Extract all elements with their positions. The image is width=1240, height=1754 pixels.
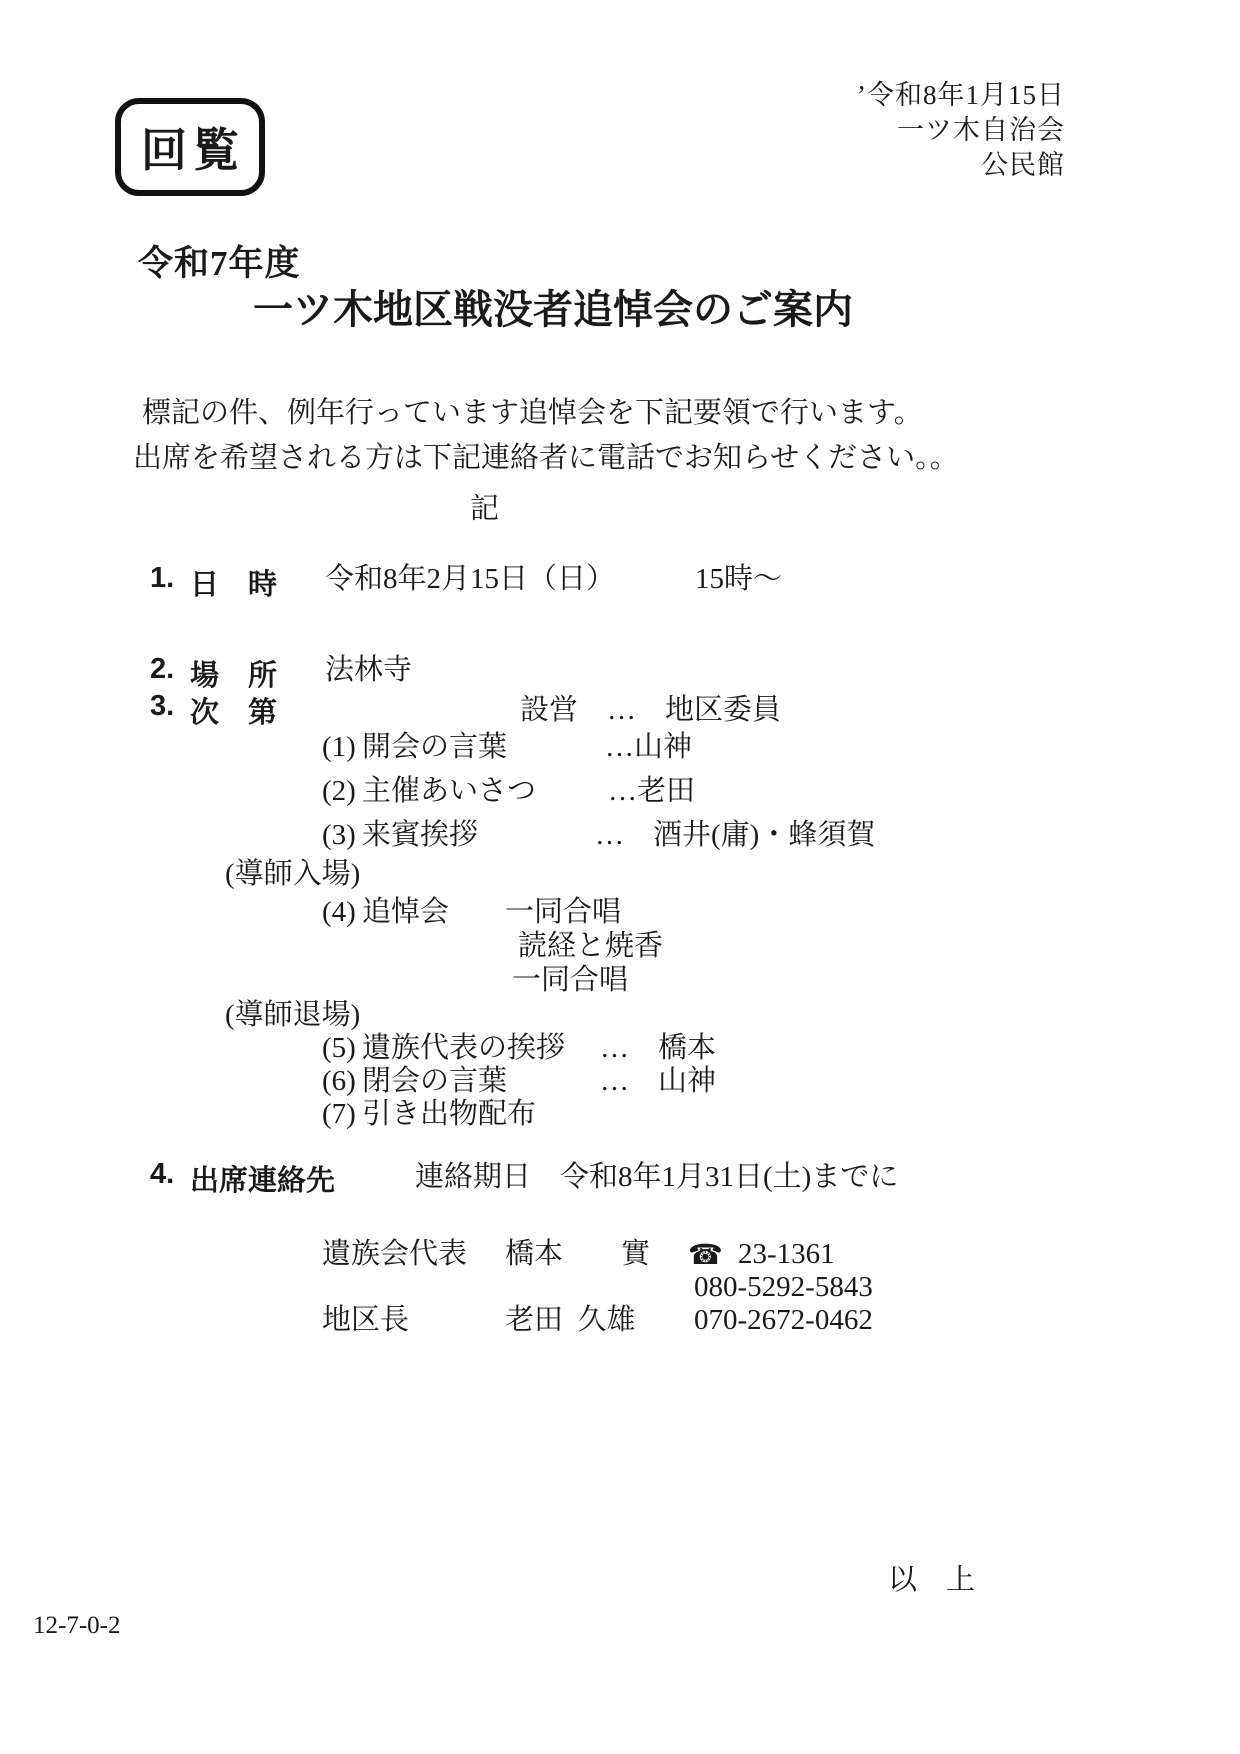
section4-deadline: 連絡期日 令和8年1月31日(土)までに: [415, 1160, 898, 1195]
program-item-person: … 山神: [600, 1064, 716, 1099]
program-item-no: (4): [322, 895, 356, 930]
contact-phone: 23-1361: [738, 1237, 835, 1272]
program-item-title: 引き出物配布: [362, 1097, 536, 1132]
program-item-title: 開会の言葉: [362, 730, 507, 765]
header-date: ’令和8年1月15日: [857, 78, 1065, 113]
section2-number: 2.: [150, 653, 174, 686]
document-page: 回覧 ’令和8年1月15日 一ツ木自治会 公民館 令和7年度 一ツ木地区戦没者追…: [0, 0, 1240, 1754]
section2-label: 場 所: [190, 653, 277, 694]
header-organization: 一ツ木自治会: [857, 113, 1065, 148]
circulation-stamp: 回覧: [115, 98, 265, 196]
contact-role: 地区長: [322, 1303, 409, 1338]
program-item4-choir: 一同合唱: [505, 895, 621, 930]
program-item4-detail: 読経と焼香: [518, 929, 663, 964]
section4-number: 4.: [150, 1158, 174, 1191]
program-item-title: 追悼会: [362, 895, 449, 930]
program-item-person: … 酒井(庸)・蜂須賀: [595, 818, 875, 853]
page-title: 一ツ木地区戦没者追悼会のご案内: [253, 278, 853, 335]
contact-name: 老田 久雄: [505, 1303, 636, 1338]
program-item-person: …山神: [605, 730, 692, 765]
program-item-person: …老田: [608, 774, 695, 809]
stage-note-exit: (導師退場): [225, 998, 360, 1033]
stage-note-enter: (導師入場): [225, 857, 360, 892]
program-item-title: 遺族代表の挨拶: [362, 1031, 565, 1066]
program-item4-detail: 一同合唱: [512, 963, 628, 998]
section1-number: 1.: [150, 562, 174, 595]
contact-name: 橋本 實: [505, 1237, 650, 1272]
program-item-no: (7): [322, 1097, 356, 1132]
circulation-stamp-label: 回覧: [141, 114, 245, 180]
intro-line-1: 標記の件、例年行っています追悼会を下記要領で行います。: [113, 396, 923, 431]
program-item-title: 閉会の言葉: [362, 1064, 507, 1099]
program-item-no: (1): [322, 730, 356, 765]
section3-setup: 設営 … 地区委員: [520, 693, 781, 728]
program-item-no: (6): [322, 1064, 356, 1099]
program-item-title: 主催あいさつ: [362, 774, 536, 809]
header-block: ’令和8年1月15日 一ツ木自治会 公民館: [857, 78, 1065, 183]
program-item-person: … 橋本: [600, 1031, 716, 1066]
closing-text: 以 上: [888, 1563, 975, 1598]
program-item-title: 来賓挨拶: [362, 818, 478, 853]
contact-phone: 080-5292-5843: [694, 1270, 873, 1305]
telephone-icon: ☎: [688, 1238, 723, 1271]
contact-phone: 070-2672-0462: [694, 1303, 873, 1338]
header-hall: 公民館: [857, 148, 1065, 183]
program-item-no: (3): [322, 818, 356, 853]
section1-value: 令和8年2月15日（日）: [325, 562, 615, 597]
section3-number: 3.: [150, 690, 174, 723]
section1-label: 日 時: [190, 562, 277, 603]
program-item-no: (5): [322, 1031, 356, 1066]
doc-code: 12-7-0-2: [33, 1612, 120, 1640]
intro-line-2: 出席を希望される方は下記連絡者に電話でお知らせください。。: [133, 441, 959, 476]
contact-role: 遺族会代表: [322, 1237, 467, 1272]
section2-value: 法林寺: [325, 653, 412, 688]
section4-label: 出席連絡先: [190, 1158, 335, 1199]
section1-time: 15時～: [695, 562, 782, 597]
notation-marker: 記: [470, 492, 499, 527]
section3-label: 次 第: [190, 690, 277, 731]
program-item-no: (2): [322, 774, 356, 809]
